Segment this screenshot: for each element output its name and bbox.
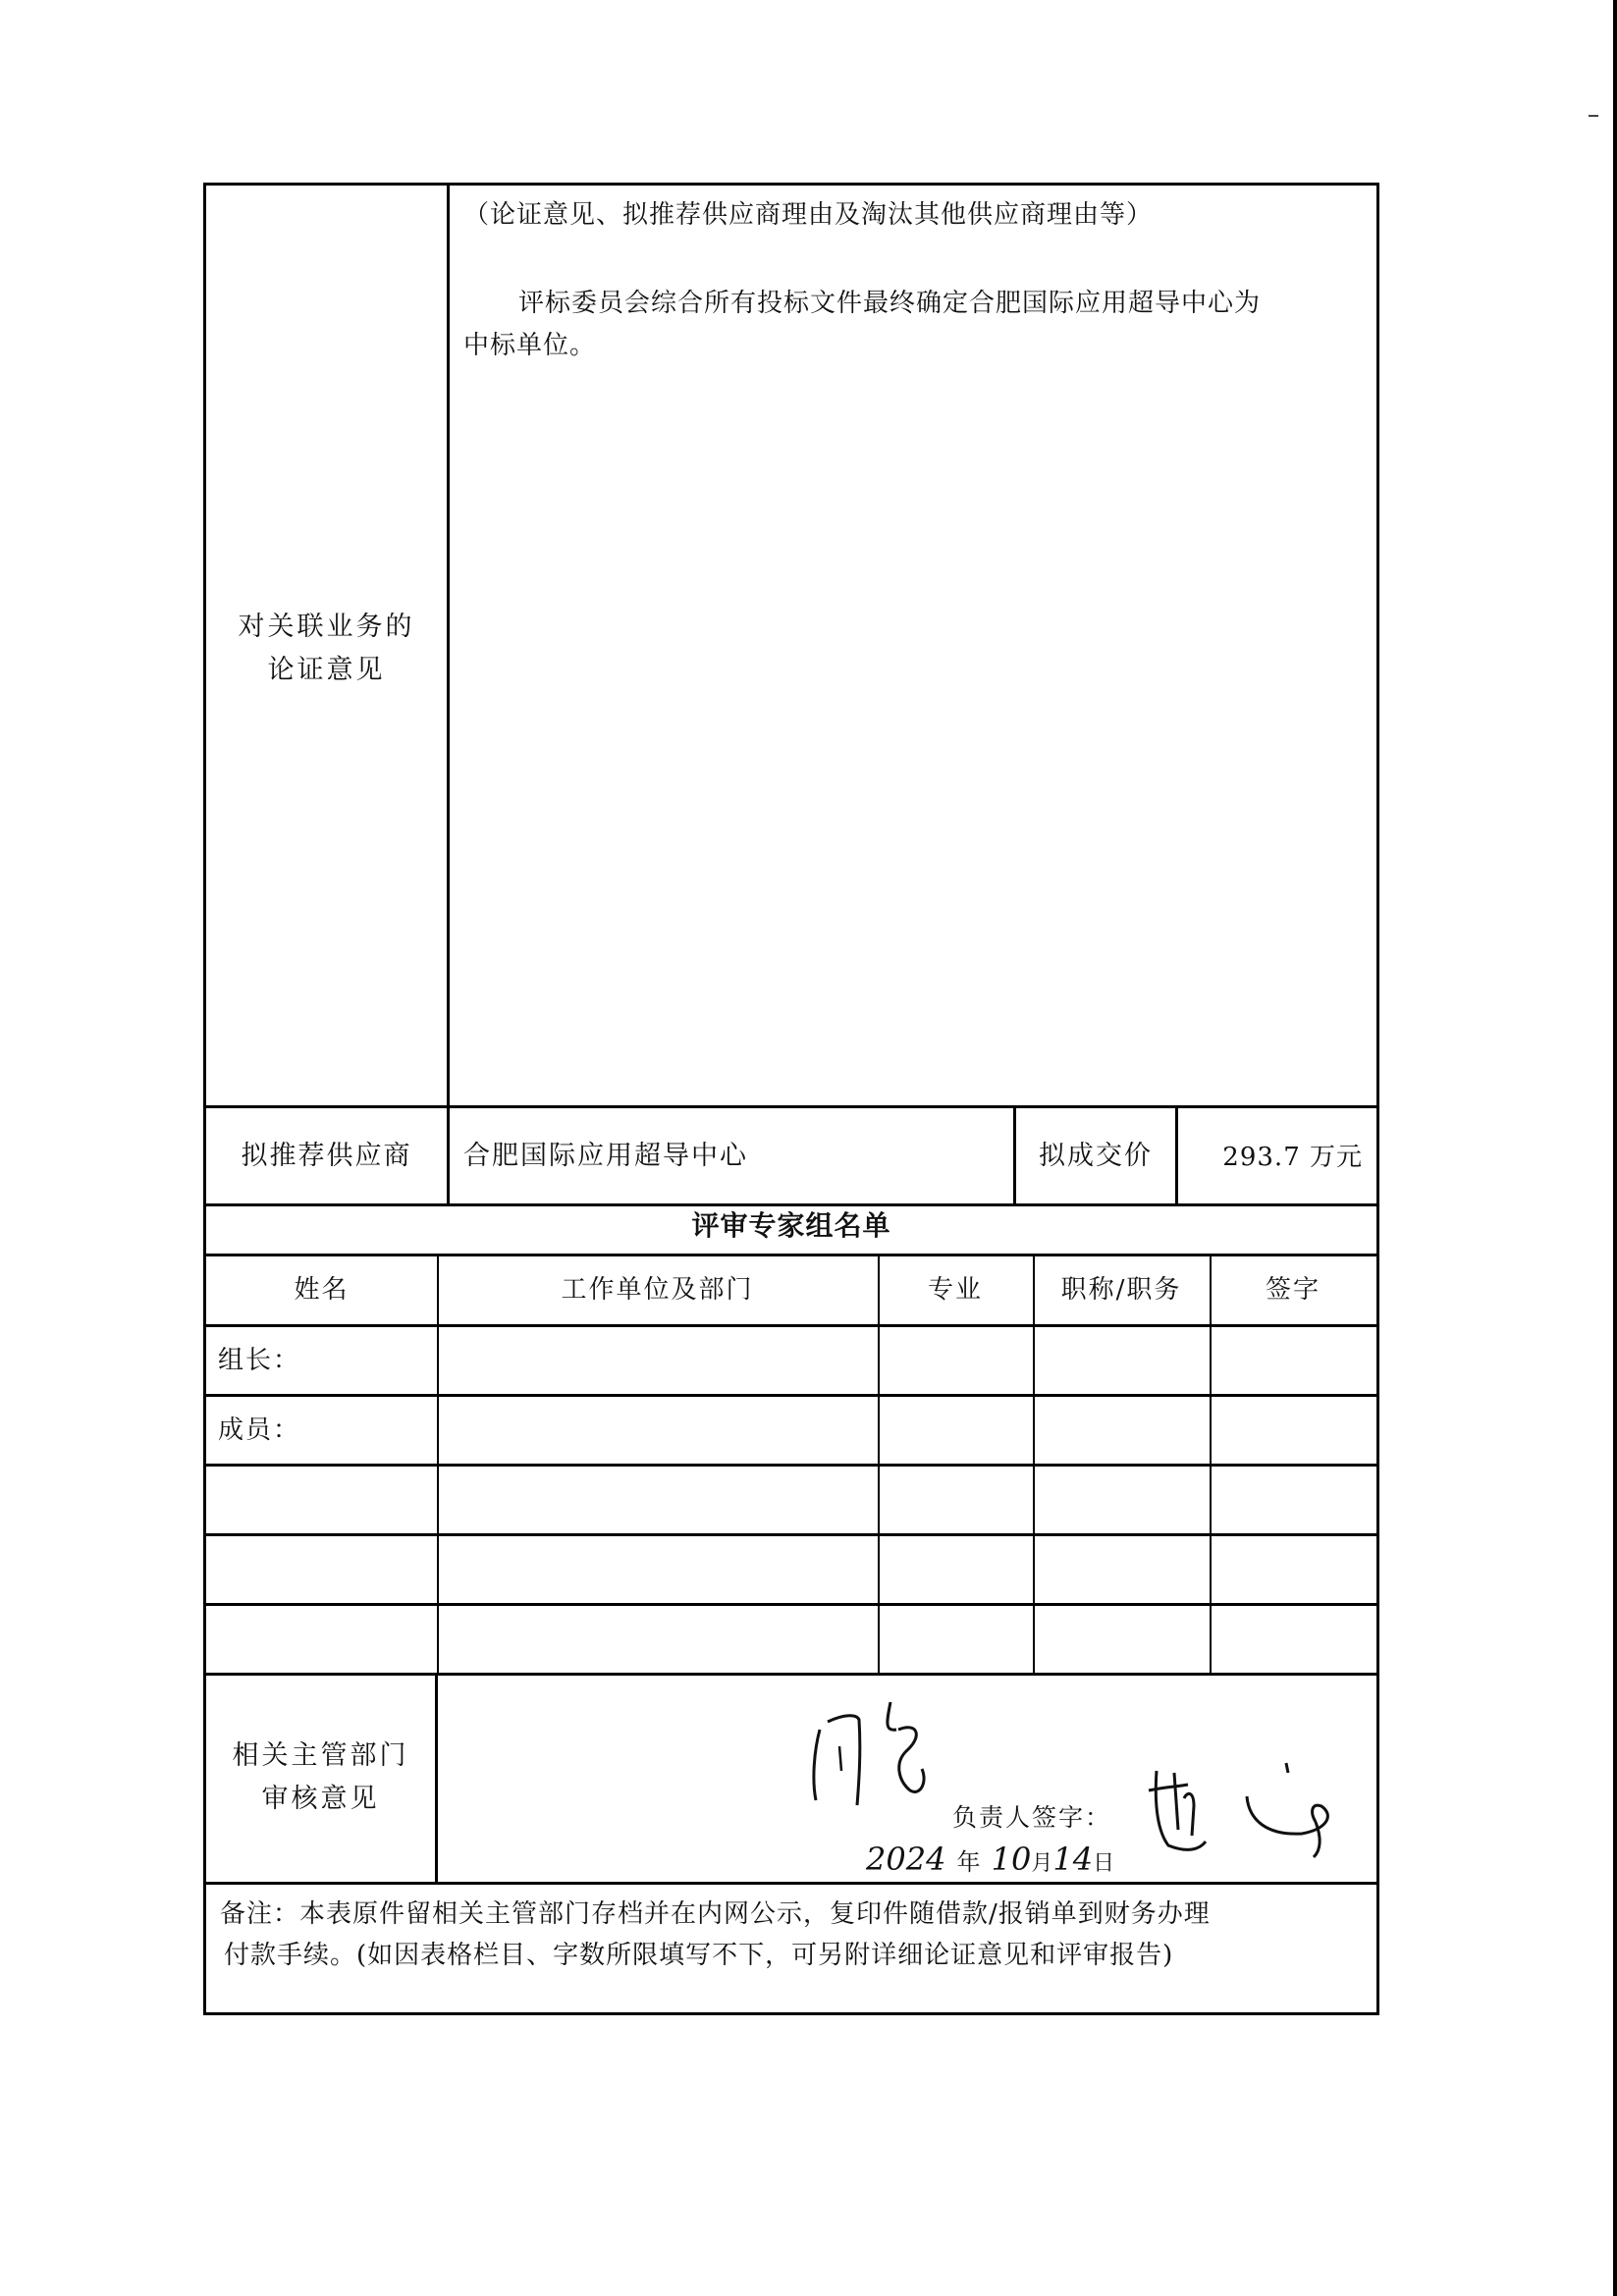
expert-table-cell-name[interactable]: 组长： (218, 1348, 425, 1375)
opinion-hint: （论证意见、拟推荐供应商理由及淘汰其他供应商理由等） (463, 202, 1153, 228)
divider-review-top (206, 1673, 1376, 1676)
divider-supplier-top (206, 1105, 1376, 1108)
expert-table-cell-title[interactable] (1045, 1348, 1198, 1375)
date-month: 10 (992, 1841, 1032, 1878)
supplier-name: 合肥国际应用超导中心 (463, 1143, 748, 1169)
label-column-divider-top (447, 186, 450, 1105)
expert-table-cell-signature[interactable] (1221, 1557, 1365, 1584)
opinion-label: 对关联业务的 论证意见 (206, 606, 447, 692)
expert-table-cell-unit[interactable] (449, 1627, 866, 1654)
date-month-suffix: 月 (1031, 1851, 1052, 1876)
expert-table-cell-unit[interactable] (449, 1417, 866, 1445)
expert-table-header-cell: 签字 (1210, 1277, 1376, 1303)
expert-table-cell-title[interactable] (1045, 1417, 1198, 1445)
expert-table-cell-major[interactable] (889, 1348, 1021, 1375)
expert-table-cell-name[interactable] (218, 1557, 425, 1584)
expert-panel-title: 评审专家组名单 (206, 1212, 1376, 1240)
date-year: 2024 (866, 1841, 945, 1878)
expert-table-row-divider (206, 1394, 1376, 1397)
supplier-divider-1 (447, 1105, 450, 1203)
handwritten-approval (800, 1692, 977, 1830)
supplier-divider-3 (1175, 1105, 1178, 1203)
expert-table-cell-major[interactable] (889, 1557, 1021, 1584)
expert-table-row-divider (206, 1324, 1376, 1327)
expert-table-cell-unit[interactable] (449, 1487, 866, 1515)
expert-table-cell-name[interactable] (218, 1627, 425, 1654)
remarks-line1: 备注：本表原件留相关主管部门存档并在内网公示，复印件随借款/报销单到财务办理 (220, 1901, 1211, 1927)
expert-table-row-divider (206, 1533, 1376, 1536)
review-label-line1: 相关主管部门 (206, 1735, 435, 1778)
review-date: 2024 年 10月14日 (866, 1841, 1114, 1878)
price-label: 拟成交价 (1016, 1143, 1175, 1169)
opinion-body-line1: 评标委员会综合所有投标文件最终确定合肥国际应用超导中心为 (518, 291, 1261, 316)
opinion-body-line2: 中标单位。 (463, 333, 596, 358)
expert-table-cell-signature[interactable] (1221, 1487, 1365, 1515)
date-year-suffix: 年 (957, 1848, 981, 1876)
expert-table-cell-unit[interactable] (449, 1348, 866, 1375)
expert-table-cell-signature[interactable] (1221, 1627, 1365, 1654)
price-value: 293.7 万元 (1222, 1145, 1363, 1170)
divider-remarks-top (206, 1882, 1376, 1885)
divider-panel-title-top (206, 1203, 1376, 1206)
expert-table-cell-major[interactable] (889, 1487, 1021, 1515)
expert-table-cell-name[interactable] (218, 1487, 425, 1515)
expert-table-cell-unit[interactable] (449, 1557, 866, 1584)
expert-table-cell-major[interactable] (889, 1417, 1021, 1445)
expert-table-cell-title[interactable] (1045, 1487, 1198, 1515)
procurement-review-form: 对关联业务的 论证意见 （论证意见、拟推荐供应商理由及淘汰其他供应商理由等） 评… (203, 183, 1379, 2015)
expert-table-header-cell: 姓名 (206, 1277, 437, 1303)
supplier-label: 拟推荐供应商 (206, 1143, 447, 1169)
scan-edge-artifact (1613, 0, 1617, 2296)
expert-table-cell-major[interactable] (889, 1627, 1021, 1654)
expert-table-header-cell: 职称/职务 (1033, 1277, 1210, 1303)
opinion-label-line2: 论证意见 (206, 649, 447, 692)
expert-table-row-divider (206, 1603, 1376, 1606)
expert-table-header-cell: 专业 (878, 1277, 1033, 1303)
scan-speck (1589, 115, 1598, 117)
expert-table-cell-signature[interactable] (1221, 1348, 1365, 1375)
date-day: 14 (1052, 1841, 1093, 1878)
expert-table-row-divider (206, 1464, 1376, 1467)
expert-table-cell-name[interactable]: 成员： (218, 1417, 425, 1445)
review-label: 相关主管部门 审核意见 (206, 1735, 435, 1821)
expert-table-cell-signature[interactable] (1221, 1417, 1365, 1445)
opinion-label-line1: 对关联业务的 (206, 606, 447, 649)
review-label-line2: 审核意见 (206, 1778, 435, 1821)
signer-label: 负责人签字： (952, 1805, 1111, 1830)
expert-table-cell-title[interactable] (1045, 1627, 1198, 1654)
expert-table-header-cell: 工作单位及部门 (437, 1277, 878, 1303)
remarks-line2: 付款手续。(如因表格栏目、字数所限填写不下，可另附详细论证意见和评审报告) (224, 1943, 1173, 1968)
divider-panel-header-top (206, 1254, 1376, 1256)
handwritten-signature (1129, 1751, 1384, 1859)
review-label-divider (435, 1673, 438, 1882)
expert-table-cell-title[interactable] (1045, 1557, 1198, 1584)
date-day-suffix: 日 (1093, 1851, 1114, 1876)
